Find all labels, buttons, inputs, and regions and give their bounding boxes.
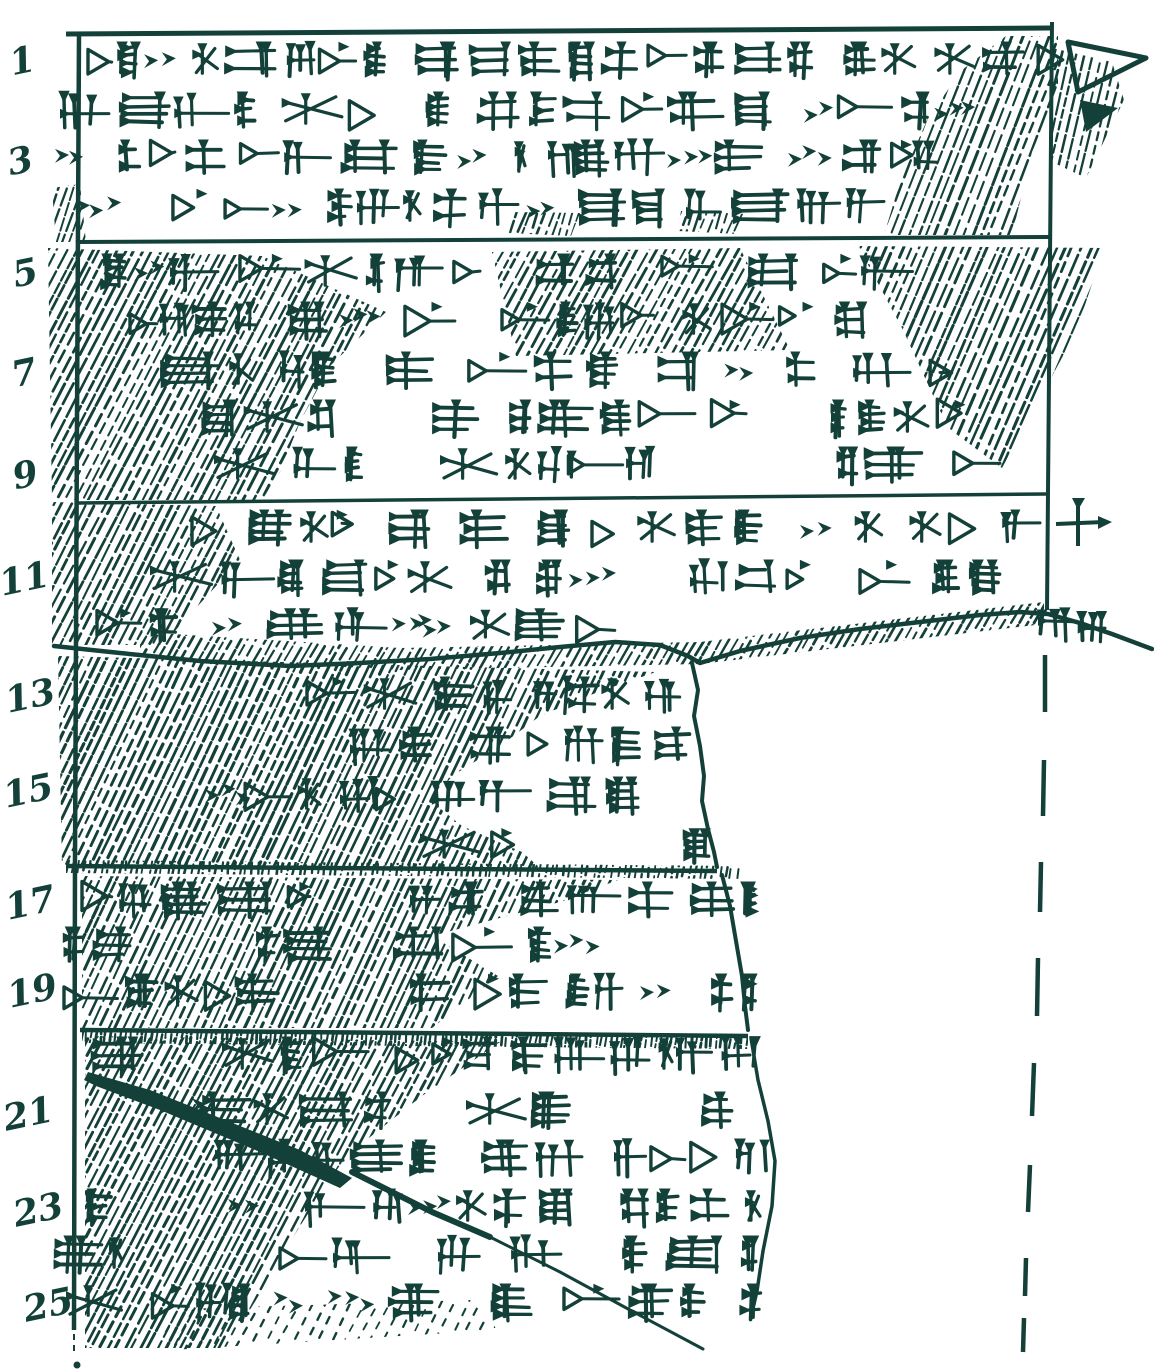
ruling-divider-line19 — [80, 1030, 748, 1036]
cuneiform-line-19 — [64, 973, 758, 1011]
cuneiform-line-12 — [97, 607, 1107, 642]
cuneiform-line-6 — [130, 302, 867, 340]
line-number-5: 5 — [9, 250, 42, 296]
line-number-23: 23 — [8, 1184, 67, 1236]
cuneiform-line-3 — [55, 138, 937, 176]
cuneiform-line-1 — [88, 41, 1063, 80]
line-number-1: 1 — [6, 38, 39, 84]
ruling-right-vertical-dash-1 — [1043, 760, 1044, 816]
line-number-21: 21 — [0, 1088, 57, 1140]
hatching-layer — [0, 33, 1154, 1353]
line-number-3: 3 — [4, 138, 37, 184]
cuneiform-line-17 — [82, 882, 759, 919]
line-number-15: 15 — [0, 765, 57, 817]
ruling-right-vertical-dash-5 — [1028, 1165, 1030, 1212]
cuneiform-line-21 — [160, 1092, 732, 1129]
hatch-top-left-small — [27, 181, 112, 245]
break-edge-20-25 — [751, 1038, 775, 1313]
left-rule-end-dot — [74, 1362, 81, 1369]
line-number-7: 7 — [8, 350, 41, 396]
ruling-right-vertical-dash-6 — [1025, 1258, 1026, 1296]
cuneiform-hand-copy-figure: 135791113151719212325 — [0, 0, 1154, 1370]
cuneiform-line-15 — [205, 776, 638, 814]
tablet-plate-page: 135791113151719212325 — [0, 0, 1154, 1370]
ruling-right-vertical-dash-2 — [1040, 862, 1041, 912]
cuneiform-line-24 — [54, 1234, 760, 1273]
cuneiform-line-2 — [58, 91, 975, 130]
cross-sign-horizontal — [1056, 522, 1104, 524]
ruling-divider-top — [66, 28, 1050, 34]
line-number-19: 19 — [3, 965, 61, 1017]
tablet-drawing-canvas: 135791113151719212325 — [0, 0, 1154, 1370]
cuneiform-line-8 — [201, 399, 965, 437]
ruling-divider-line9 — [78, 494, 1046, 503]
cuneiform-line-11 — [150, 558, 1000, 596]
line-number-13: 13 — [1, 670, 59, 722]
cross-sign-head-right — [1098, 516, 1112, 529]
hatch-right-5-8 — [756, 243, 1154, 471]
cross-sign-head-top — [1072, 498, 1085, 510]
cuneiform-line-4 — [76, 188, 884, 226]
ruling-right-vertical-dash-7 — [1023, 1318, 1024, 1352]
cuneiform-line-9 — [214, 446, 1000, 485]
line-number-9: 9 — [9, 452, 42, 498]
hatch-left-13-16 — [0, 653, 759, 871]
cuneiform-line-10 — [192, 509, 1040, 547]
ruling-right-vertical-dash-4 — [1032, 1063, 1034, 1116]
ruling-divider-line4 — [76, 237, 1050, 242]
cuneiform-line-7 — [160, 350, 951, 389]
break-contour-layer — [54, 612, 1152, 1349]
line-number-25: 25 — [18, 1279, 77, 1331]
line-number-11: 11 — [0, 553, 53, 605]
line-number-17: 17 — [1, 877, 59, 929]
ruling-right-vertical-solid — [1047, 22, 1052, 610]
ruling-right-vertical-dash-3 — [1037, 958, 1038, 1016]
